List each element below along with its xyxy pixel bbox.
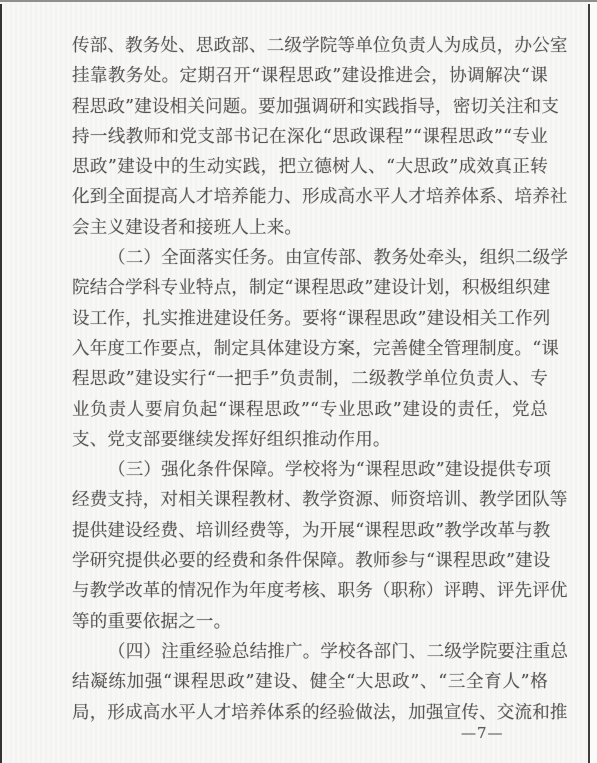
scanned-page: 传部、教务处、思政部、二级学院等单位负责人为成员，办公室挂靠教务处。定期召开“课… [0, 0, 597, 763]
text-line: 挂靠教务处。定期召开“课程思政”建设推进会，协调解决“课 [72, 61, 548, 91]
text-line: 入年度工作要点，制定具体建设方案，完善健全管理制度。“课 [72, 334, 548, 364]
scan-right-gutter [590, 2, 597, 763]
text-line: 会主义建设者和接班人上来。 [72, 213, 548, 243]
text-line: 传部、教务处、思政部、二级学院等单位负责人为成员，办公室 [72, 31, 548, 61]
text-line: 化到全面提高人才培养能力、形成高水平人才培养体系、培养社 [72, 182, 548, 212]
scan-top-edge [0, 0, 597, 2]
text-line: 学研究提供必要的经费和条件保障。教师参与“课程思政”建设 [72, 546, 548, 576]
text-line: 经费支持，对相关课程教材、教学资源、师资培训、教学团队等 [72, 485, 548, 515]
text-line: 提供建设经费、培训经费等，为开展“课程思政”教学改革与教 [72, 516, 548, 546]
text-line: 支、党支部要继续发挥好组织推动作用。 [72, 425, 548, 455]
text-line: 设工作，扎实推进建设任务。要将“课程思政”建设相关工作列 [72, 304, 548, 334]
text-line: 程思政”建设相关问题。要加强调研和实践指导，密切关注和支 [72, 92, 548, 122]
document-body: 传部、教务处、思政部、二级学院等单位负责人为成员，办公室挂靠教务处。定期召开“课… [72, 31, 548, 728]
text-line: 持一线教师和党支部书记在深化“思政课程”“课程思政”“专业 [72, 122, 548, 152]
text-line: 等的重要依据之一。 [72, 607, 548, 637]
text-line: 结凝练加强“课程思政”建设、健全“大思政”、“三全育人”格 [72, 667, 548, 697]
text-line: 院结合学科专业特点，制定“课程思政”建设计划，积极组织建 [72, 273, 548, 303]
text-line: 思政”建设中的生动实践，把立德树人、“大思政”成效真正转 [72, 152, 548, 182]
text-line: （二）全面落实任务。由宣传部、教务处牵头，组织二级学 [72, 243, 548, 273]
text-line: （四）注重经验总结推广。学校各部门、二级学院要注重总 [72, 637, 548, 667]
text-line: 与教学改革的情况作为年度考核、职务（职称）评聘、评先评优 [72, 576, 548, 606]
text-line: 业负责人要肩负起“课程思政”“专业思政”建设的责任，党总 [72, 395, 548, 425]
scan-right-edge-line [588, 4, 590, 763]
scan-left-edge-line [0, 4, 2, 763]
text-line: 程思政”建设实行“一把手”负责制，二级教学单位负责人、专 [72, 364, 548, 394]
page-number: —7— [461, 724, 504, 742]
text-line: （三）强化条件保障。学校将为“课程思政”建设提供专项 [72, 455, 548, 485]
